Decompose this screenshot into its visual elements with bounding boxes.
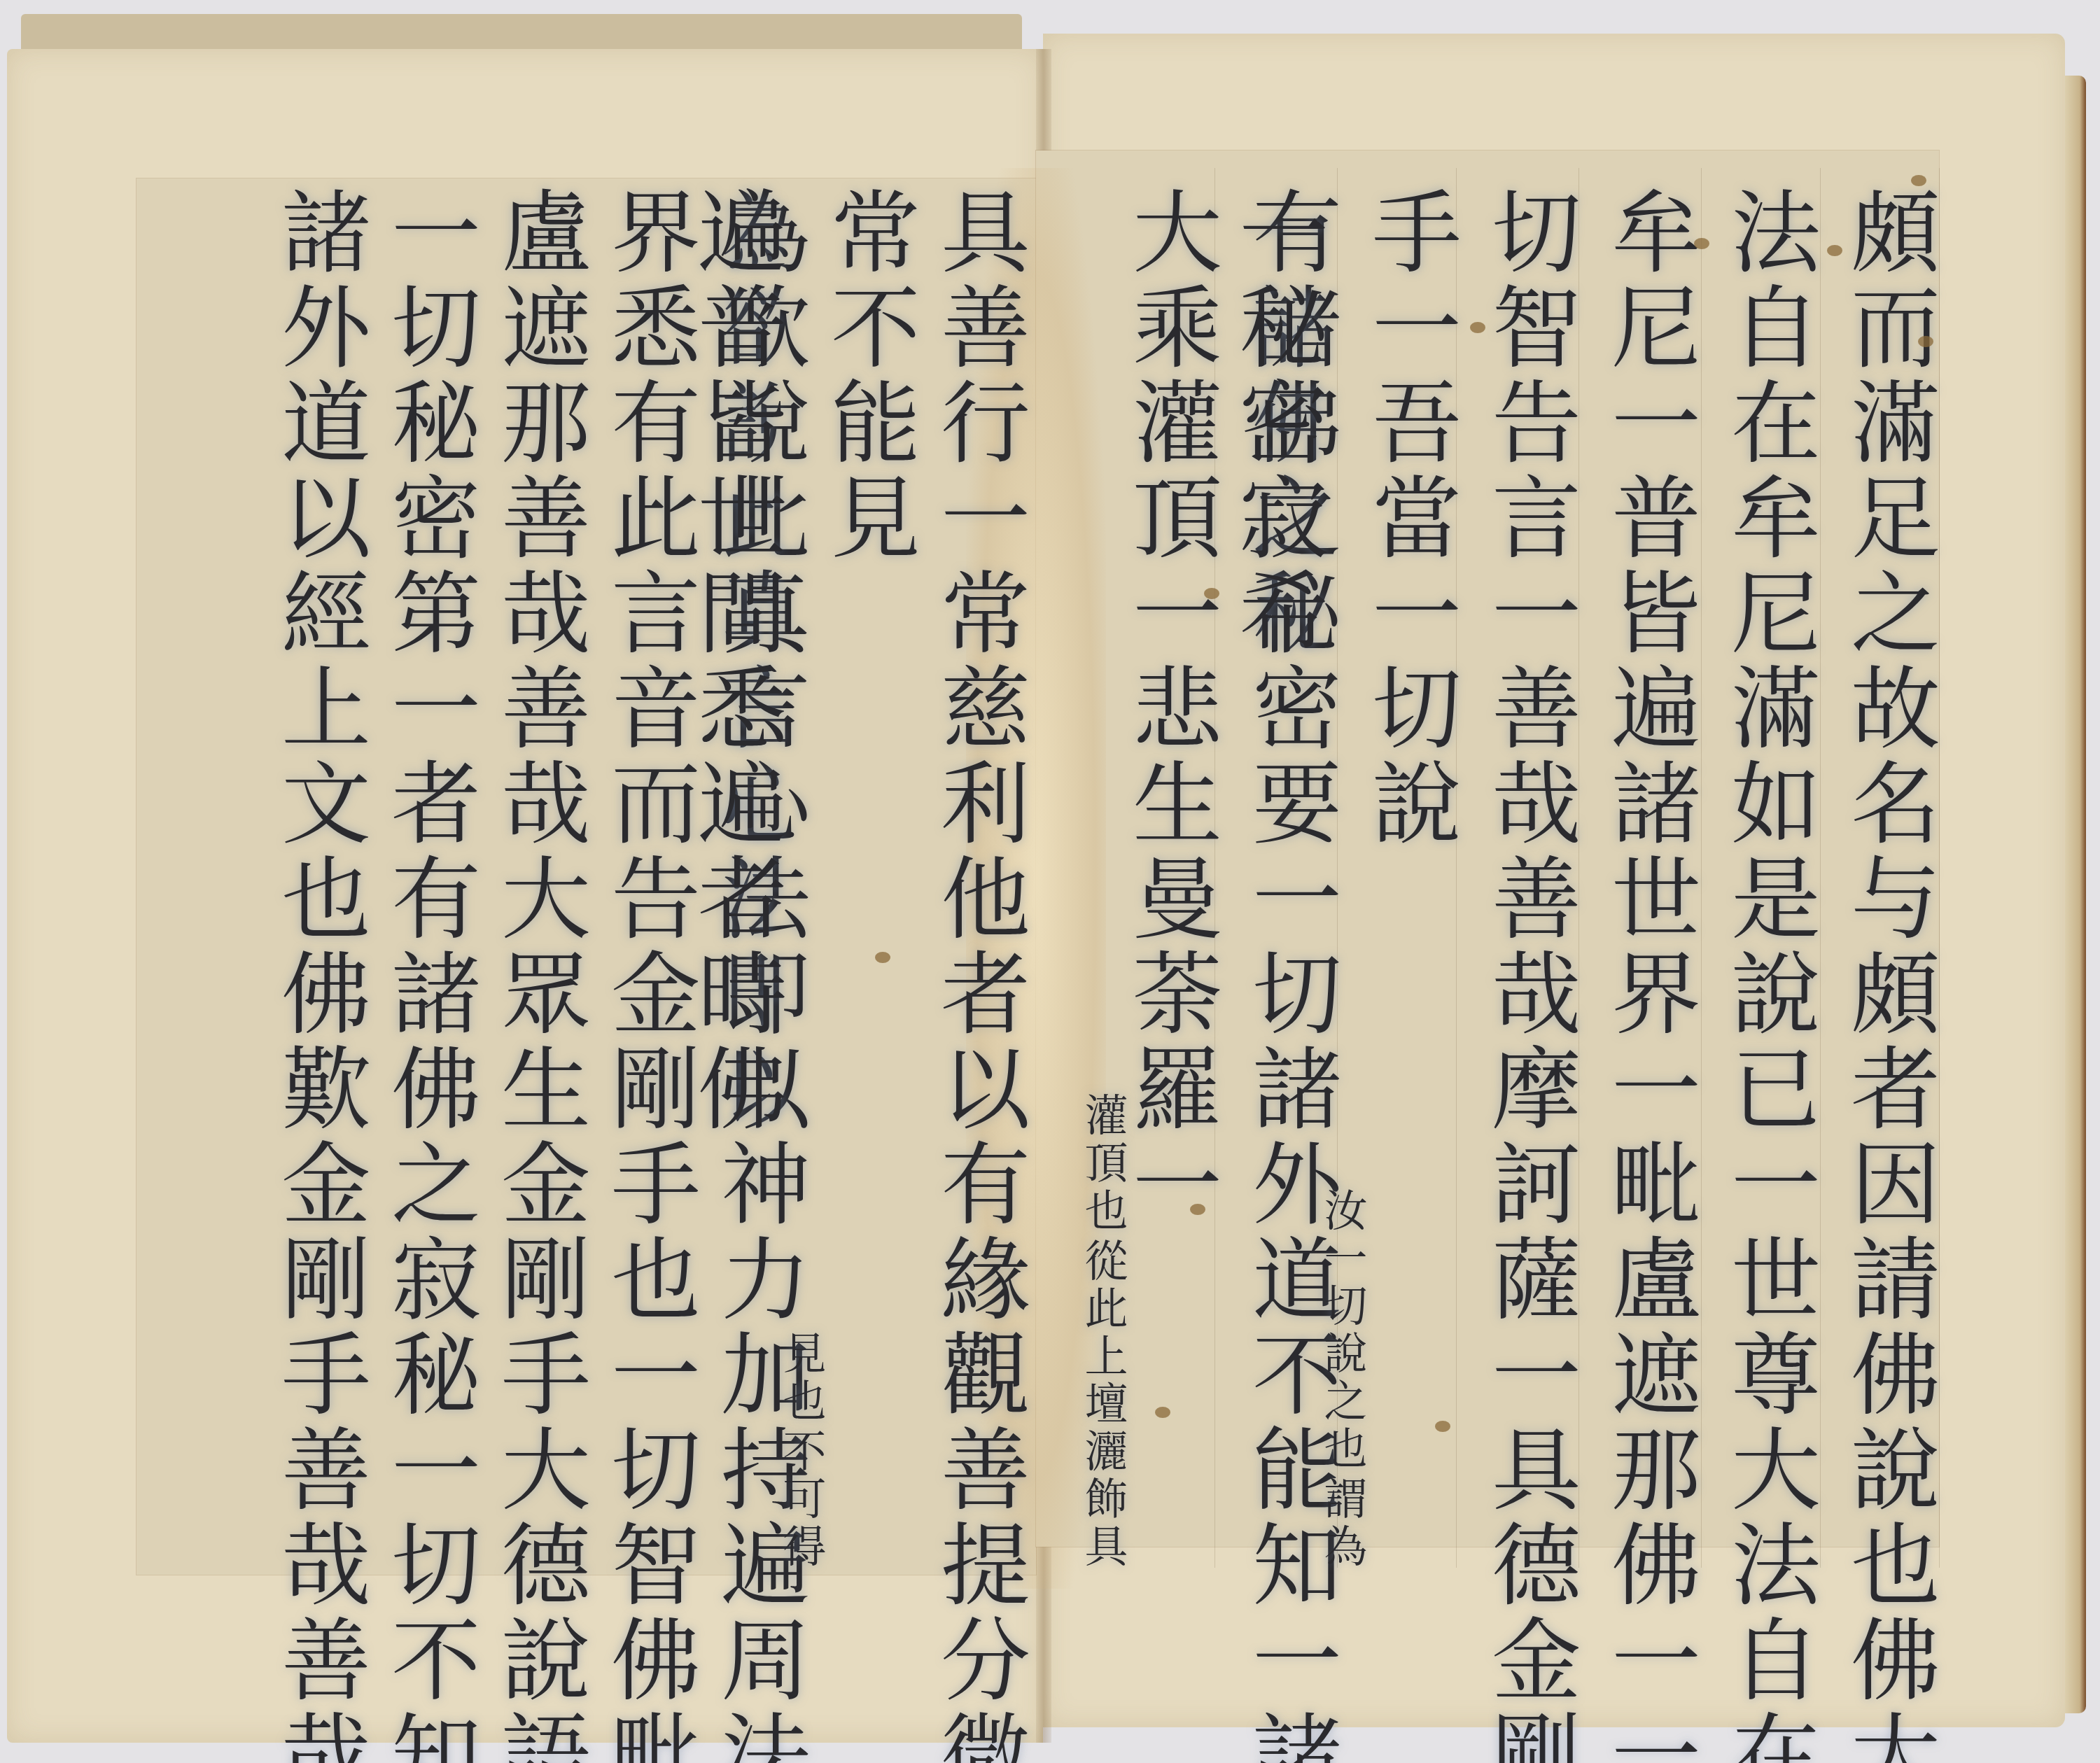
text-column: 手一吾當一切說 謂為 汝一切說之也 一秘密寂希	[1333, 185, 1453, 1571]
text-column: 界悉有此言音而告金剛手也一切智佛毗	[582, 185, 692, 1571]
column-text: 頗而滿足之故名与頗者因請佛說也佛大	[1842, 185, 1932, 1571]
stain-spot	[1470, 322, 1485, 333]
stain-spot	[1435, 1421, 1450, 1432]
column-text: 界悉有此言音而告金剛手也一切智佛毗	[603, 185, 692, 1571]
note-right: 謂為	[1320, 1476, 1364, 1571]
text-column: 法自在牟尼滿如是說已一世尊大法自在	[1693, 185, 1812, 1571]
stain-spot	[1190, 1204, 1205, 1215]
column-text-continued: 一秘密寂希	[1231, 185, 1320, 1571]
stain-spot	[1694, 238, 1709, 249]
column-text: 手一吾當一切說	[1364, 185, 1453, 1571]
interlinear-note: 從此上壇灑飾具 灌頂也	[1081, 185, 1124, 1571]
note-left: 灌頂也	[1081, 1093, 1124, 1235]
stain-spot	[1918, 336, 1933, 347]
stain-spot	[1204, 588, 1219, 599]
text-column: 諸外道以經上文也佛歎金剛手善哉善哉	[253, 185, 363, 1571]
column-text: 盧遮那善哉善哉大眾生金剛手大德說語	[493, 185, 582, 1571]
note-left: 見也	[779, 1330, 822, 1426]
column-text: 常不能見	[822, 185, 912, 1571]
column-text: 具善行一常慈利他者以有緣觀善提分微	[932, 185, 1022, 1571]
text-column: 具善行一常慈利他者以有緣觀善提分微	[912, 185, 1022, 1571]
note-right: 不可得	[779, 1428, 822, 1571]
stain-spot	[875, 952, 890, 963]
stain-spot	[1155, 1407, 1170, 1418]
text-column: 牟尼一普皆遍諸世界一毗盧遮那佛一一	[1573, 185, 1693, 1571]
text-column: 切智告言一善哉善哉摩訶薩一具德金剛	[1453, 185, 1573, 1571]
text-column: 常不能見 不可得 見也 遍普皆世間悉遍者時佛	[802, 185, 912, 1571]
column-text: 法自在牟尼滿如是說已一世尊大法自在	[1723, 185, 1812, 1571]
column-text: 切智告言一善哉善哉摩訶薩一具德金剛	[1483, 185, 1573, 1571]
note-left: 汝一切說之也	[1320, 1188, 1364, 1473]
text-column: 頗而滿足之故名与頗者因請佛說也佛大	[1812, 185, 1932, 1571]
column-text: 一切秘密第一者有諸佛之寂秘一切不知	[383, 185, 472, 1571]
right-page-text: 頗而滿足之故名与頗者因請佛說也佛大 法自在牟尼滿如是說已一世尊大法自在 牟尼一普…	[1092, 185, 1932, 1571]
column-text: 大乘灌頂一悲生曼荼羅一	[1124, 185, 1214, 1571]
column-text: 牟尼一普皆遍諸世界一毗盧遮那佛一一	[1603, 185, 1693, 1571]
stain-spot	[1827, 245, 1842, 256]
column-text: 諸外道以經上文也佛歎金剛手善哉善哉	[273, 185, 363, 1571]
text-column: 大乘灌頂一悲生曼荼羅一 從此上壇灑飾具 灌頂也	[1094, 185, 1214, 1571]
column-text-continued: 遍普皆世間悉遍者時佛	[689, 185, 779, 1571]
note-right: 從此上壇灑飾具	[1081, 1238, 1124, 1571]
left-page-text: 具善行一常慈利他者以有緣觀善提分微 常不能見 不可得 見也 遍普皆世間悉遍者時佛…	[140, 185, 1022, 1571]
text-column: 一切秘密第一者有諸佛之寂秘一切不知	[363, 185, 472, 1571]
text-column: 盧遮那善哉善哉大眾生金剛手大德說語	[472, 185, 582, 1571]
stain-spot	[1911, 175, 1926, 186]
